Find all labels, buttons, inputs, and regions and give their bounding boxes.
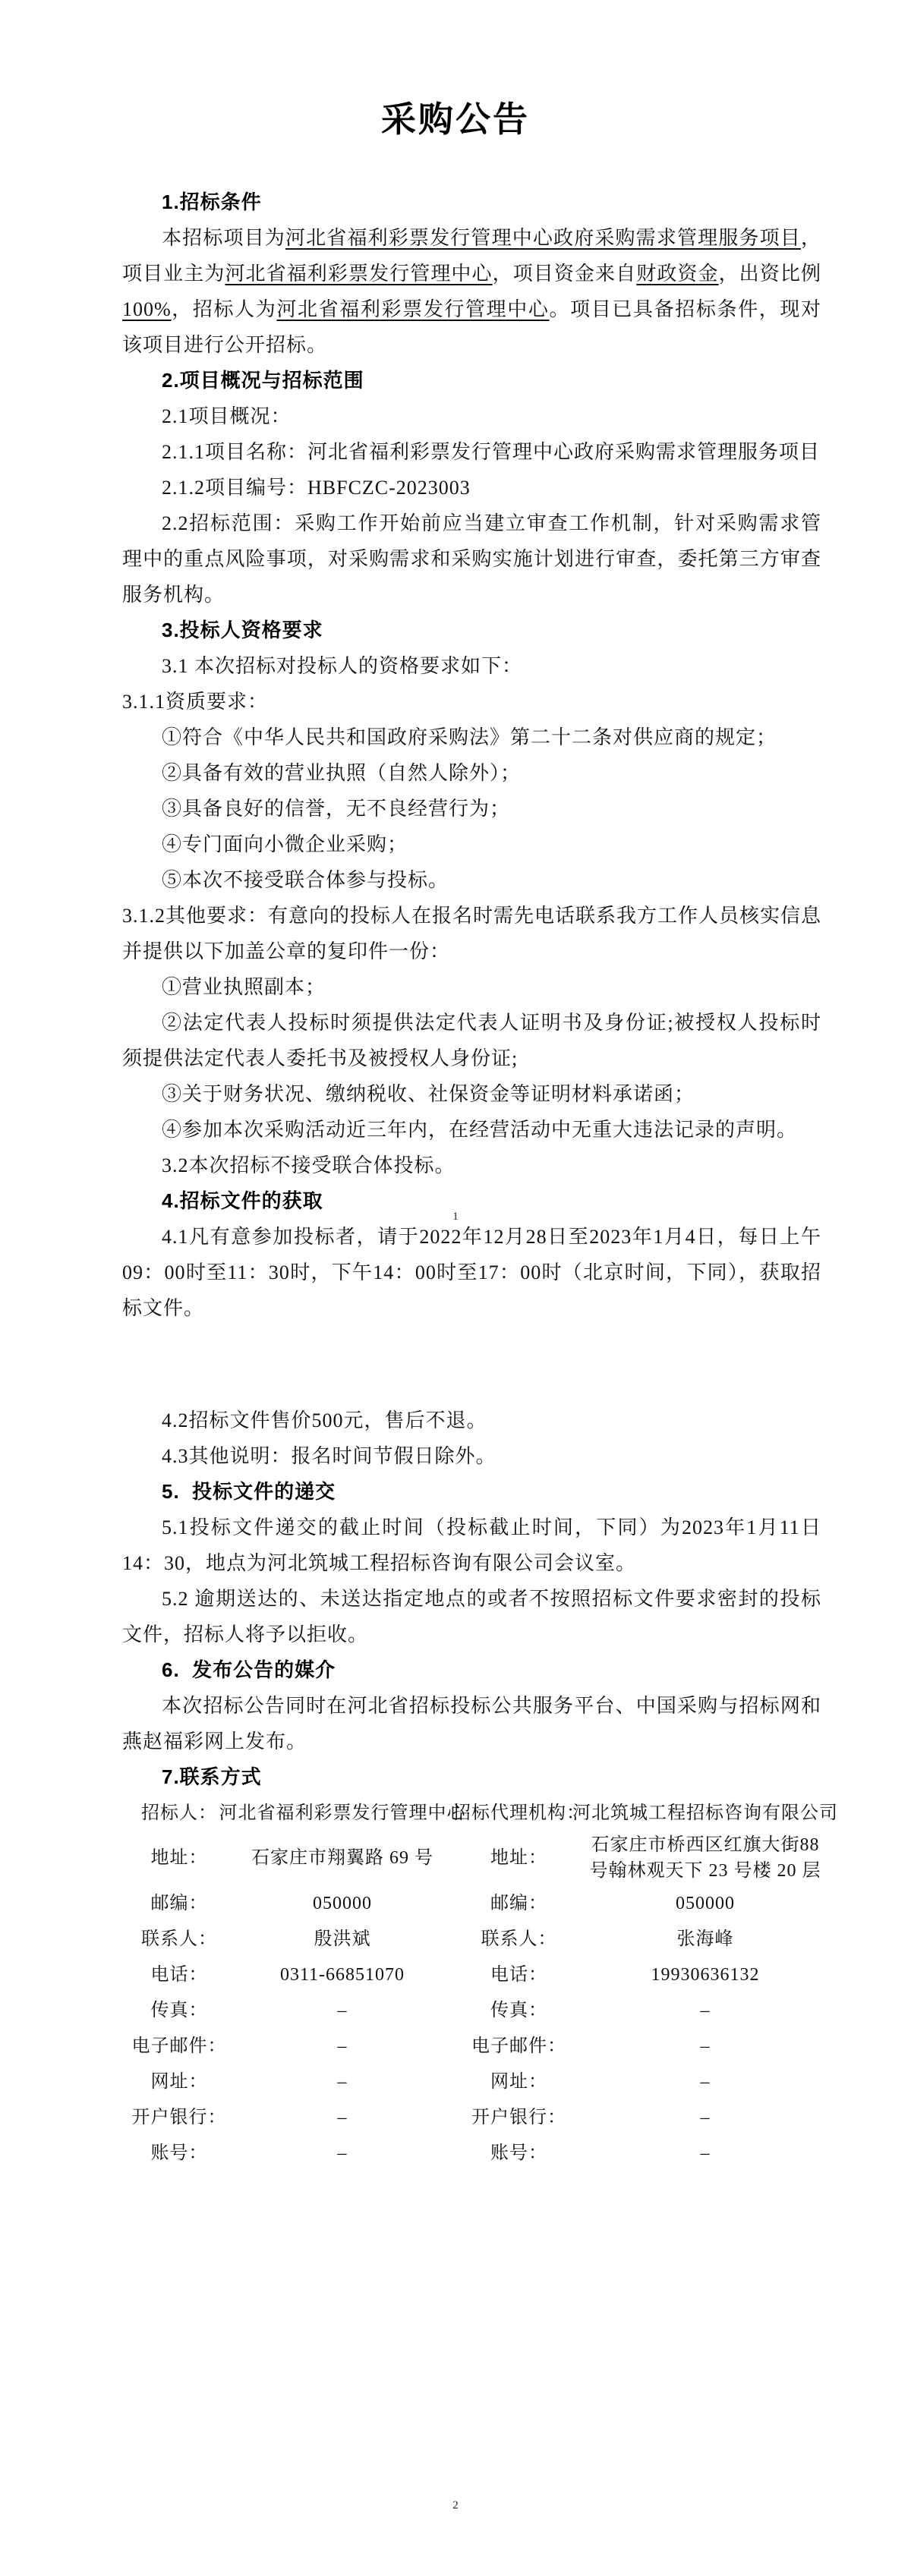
contact-table-row: 招标人：河北省福利彩票发行管理中心招标代理机构：河北筑城工程招标咨询有限公司 (122, 1795, 821, 1831)
clause-3-1-2: 3.1.2其他要求：有意向的投标人在报名时需先电话联系我方工作人员核实信息并提供… (122, 898, 821, 969)
contact-value: – (236, 2135, 449, 2171)
section-6-heading: 6. 发布公告的媒介 (122, 1652, 821, 1688)
section-6-paragraph: 本次招标公告同时在河北省招标投标公共服务平台、中国采购与招标网和燕赵福彩网上发布… (122, 1688, 821, 1759)
page-number-1: 1 (0, 1210, 911, 1223)
contact-table-row: 地址：石家庄市翔翼路 69 号地址：石家庄市桥西区红旗大街88号翰林观天下 23… (122, 1831, 821, 1885)
contact-table-row: 邮编：050000邮编：050000 (122, 1885, 821, 1921)
contact-value: 殷洪斌 (236, 1921, 449, 1957)
contact-value: 石家庄市翔翼路 69 号 (236, 1831, 449, 1885)
underlined-text: 河北省福利彩票发行管理中心政府采购需求管理服务项目 (285, 227, 801, 249)
contact-value: – (236, 2064, 449, 2099)
plain-text: 本招标项目为 (162, 227, 285, 249)
contact-table-row: 账号：–账号：– (122, 2135, 821, 2171)
clause-3-1: 3.1 本次招标对投标人的资格要求如下： (122, 648, 821, 684)
page-1-content: 1.招标条件 本招标项目为河北省福利彩票发行管理中心政府采购需求管理服务项目，项… (122, 184, 821, 1326)
qualification-item-2: ②具备有效的营业执照（自然人除外）； (122, 755, 821, 791)
contact-label: 传真： (449, 1992, 589, 2028)
contact-value: 050000 (589, 1885, 821, 1921)
clause-3-1-1: 3.1.1资质要求： (122, 684, 821, 720)
contact-table-row: 网址：–网址：– (122, 2064, 821, 2099)
clause-4-1: 4.1凡有意参加投标者，请于2022年12月28日至2023年1月4日，每日上午… (122, 1219, 821, 1326)
clause-5-2: 5.2 逾期送达的、未送达指定地点的或者不按照招标文件要求密封的投标文件，招标人… (122, 1581, 821, 1652)
underlined-text: 财政资金 (636, 263, 718, 285)
contact-label: 账号： (122, 2135, 236, 2171)
contact-label: 电话： (122, 1957, 236, 1992)
section-1-paragraph: 本招标项目为河北省福利彩票发行管理中心政府采购需求管理服务项目，项目业主为河北省… (122, 220, 821, 363)
contact-value: 0311-66851070 (236, 1957, 449, 1992)
page-title: 采购公告 (0, 100, 911, 140)
contact-label: 传真： (122, 1992, 236, 2028)
contact-label: 招标代理机构： (449, 1795, 589, 1831)
page-2-content: 4.2招标文件售价500元，售后不退。 4.3其他说明：报名时间节假日除外。 5… (122, 1403, 821, 2171)
contact-value: – (236, 2028, 449, 2064)
section-5-heading: 5. 投标文件的递交 (122, 1474, 821, 1510)
contact-label: 联系人： (449, 1921, 589, 1957)
qualification-item-5: ⑤本次不接受联合体参与投标。 (122, 862, 821, 898)
contact-label: 邮编： (122, 1885, 236, 1921)
qualification-item-1: ①符合《中华人民共和国政府采购法》第二十二条对供应商的规定； (122, 720, 821, 755)
document-page: 采购公告 1.招标条件 本招标项目为河北省福利彩票发行管理中心政府采购需求管理服… (0, 0, 911, 2576)
document-item-2: ②法定代表人投标时须提供法定代表人证明书及身份证;被授权人投标时须提供法定代表人… (122, 1005, 821, 1076)
section-1-heading: 1.招标条件 (122, 184, 821, 220)
contact-value: – (589, 1992, 821, 2028)
contact-value: 石家庄市桥西区红旗大街88号翰林观天下 23 号楼 20 层 (589, 1831, 821, 1885)
contact-table-row: 电话：0311-66851070电话：19930636132 (122, 1957, 821, 1992)
clause-2-1-1-project-name: 2.1.1项目名称：河北省福利彩票发行管理中心政府采购需求管理服务项目 (122, 434, 821, 470)
contact-value: 张海峰 (589, 1921, 821, 1957)
contact-value: 050000 (236, 1885, 449, 1921)
qualification-item-4: ④专门面向小微企业采购； (122, 827, 821, 862)
contact-label: 网址： (122, 2064, 236, 2099)
contact-label: 开户银行： (449, 2099, 589, 2135)
contact-label: 地址： (449, 1831, 589, 1885)
contact-value: – (589, 2064, 821, 2099)
contact-table-row: 传真：–传真：– (122, 1992, 821, 2028)
clause-2-1-2-project-number: 2.1.2项目编号：HBFCZC-2023003 (122, 470, 821, 505)
contact-table-row: 联系人：殷洪斌联系人：张海峰 (122, 1921, 821, 1957)
contact-value: 河北筑城工程招标咨询有限公司 (589, 1795, 821, 1831)
section-7-heading: 7.联系方式 (122, 1759, 821, 1795)
contact-value: 19930636132 (589, 1957, 821, 1992)
clause-4-3: 4.3其他说明：报名时间节假日除外。 (122, 1438, 821, 1474)
clause-4-2: 4.2招标文件售价500元，售后不退。 (122, 1403, 821, 1438)
clause-2-1: 2.1项目概况： (122, 398, 821, 434)
contact-table-row: 开户银行：–开户银行：– (122, 2099, 821, 2135)
contact-table-row: 电子邮件：–电子邮件：– (122, 2028, 821, 2064)
underlined-text: 河北省福利彩票发行管理中心 (225, 263, 492, 285)
contact-label: 联系人： (122, 1921, 236, 1957)
clause-3-2: 3.2本次招标不接受联合体投标。 (122, 1148, 821, 1183)
section-2-heading: 2.项目概况与招标范围 (122, 363, 821, 398)
contact-value: 河北省福利彩票发行管理中心 (236, 1795, 449, 1831)
document-item-1: ①营业执照副本； (122, 969, 821, 1005)
contact-label: 账号： (449, 2135, 589, 2171)
contact-label: 邮编： (449, 1885, 589, 1921)
section-3-heading: 3.投标人资格要求 (122, 613, 821, 648)
contact-value: – (236, 2099, 449, 2135)
plain-text: ，出资比例 (719, 263, 821, 285)
contact-value: – (589, 2135, 821, 2171)
contact-label: 电子邮件： (122, 2028, 236, 2064)
contact-label: 电话： (449, 1957, 589, 1992)
clause-5-1: 5.1投标文件递交的截止时间（投标截止时间，下同）为2023年1月11日14：3… (122, 1510, 821, 1581)
qualification-item-3: ③具备良好的信誉，无不良经营行为； (122, 791, 821, 827)
plain-text: ，项目资金来自 (493, 263, 637, 285)
underlined-text: 100% (122, 298, 172, 320)
plain-text: ，招标人为 (172, 298, 277, 320)
contact-value: – (236, 1992, 449, 2028)
document-item-3: ③关于财务状况、缴纳税收、社保资金等证明材料承诺函； (122, 1076, 821, 1112)
clause-2-2-scope: 2.2招标范围：采购工作开始前应当建立审查工作机制，针对采购需求管理中的重点风险… (122, 505, 821, 613)
contact-label: 地址： (122, 1831, 236, 1885)
contact-value: – (589, 2028, 821, 2064)
contact-table: 招标人：河北省福利彩票发行管理中心招标代理机构：河北筑城工程招标咨询有限公司地址… (122, 1795, 821, 2171)
contact-label: 开户银行： (122, 2099, 236, 2135)
contact-value: – (589, 2099, 821, 2135)
contact-label: 网址： (449, 2064, 589, 2099)
underlined-text: 河北省福利彩票发行管理中心 (276, 298, 549, 320)
page-number-2: 2 (0, 2499, 911, 2512)
document-item-4: ④参加本次采购活动近三年内，在经营活动中无重大违法记录的声明。 (122, 1112, 821, 1148)
contact-label: 电子邮件： (449, 2028, 589, 2064)
